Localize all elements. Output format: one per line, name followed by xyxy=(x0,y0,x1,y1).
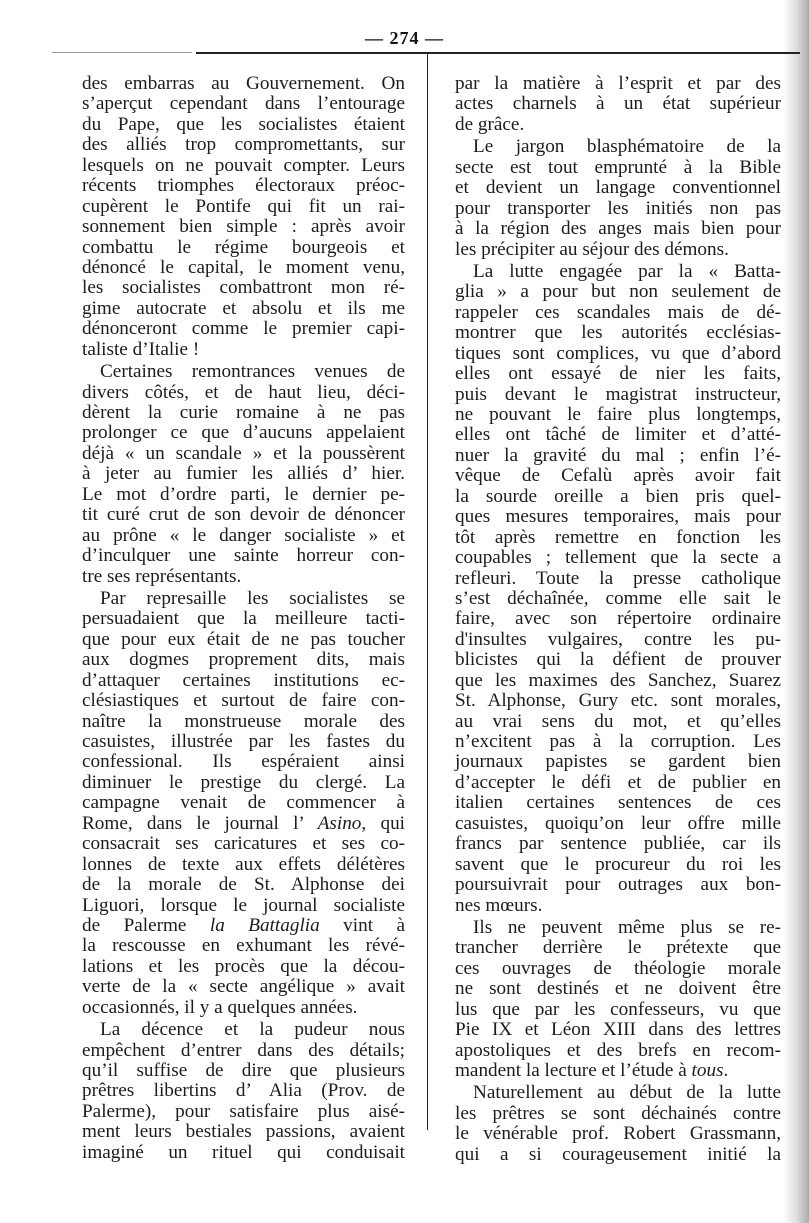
text-line: Certaines remontrances venues de xyxy=(82,362,405,382)
text-line: du Pape, que les socialistes étaient xyxy=(82,115,405,135)
text-line: secte est tout emprunté à la Bible xyxy=(455,158,781,178)
text-line: d'insultes vulgaires, contre les pu- xyxy=(455,630,781,650)
text-line: tiques sont complices, vu que d’abord xyxy=(455,344,781,364)
text-line: actes charnels à un état supérieur xyxy=(455,94,781,114)
text-line: par la matière à l’esprit et par des xyxy=(455,74,781,94)
text-line: dénoncé le capital, le moment venu, xyxy=(82,258,405,278)
text-line: naître la monstrueuse morale des xyxy=(82,712,405,732)
text-line: trancher derrière le prétexte que xyxy=(455,938,781,958)
text-line: pour transporter les initiés non pas xyxy=(455,199,781,219)
text-line: d’attaquer certaines institutions ec- xyxy=(82,671,405,691)
italic-title: la Battaglia xyxy=(210,915,320,936)
text-line: blicistes qui la défient de prouver xyxy=(455,650,781,670)
text-line: St. Alphonse, Gury etc. sont morales, xyxy=(455,691,781,711)
text-line: ces ouvrages de théologie morale xyxy=(455,959,781,979)
text-line: n’excitent pas à la corruption. Les xyxy=(455,732,781,752)
text-line: mandent la lecture et l’étude à tous. xyxy=(455,1061,781,1081)
text-line: Rome, dans le journal l’ Asino, qui xyxy=(82,814,405,834)
text-line: ne pouvant le faire plus longtemps, xyxy=(455,405,781,425)
text-line: Liguori, lorsque le journal socialiste xyxy=(82,896,405,916)
text-line: lus que par les confesseurs, vu que xyxy=(455,1000,781,1020)
text-line: les socialistes combattront mon ré- xyxy=(82,278,405,298)
text-line: à la région des anges mais bien pour xyxy=(455,219,781,239)
text-line: elles ont tâché de limiter et d’atté- xyxy=(455,425,781,445)
text-line: tre ses représentants. xyxy=(82,567,405,587)
text-line: campagne venait de commencer à xyxy=(82,793,405,813)
text-line: Pie IX et Léon XIII dans des lettres xyxy=(455,1020,781,1040)
text-line: de grâce. xyxy=(455,115,781,135)
text-line: déjà « un scandale » et la poussèrent xyxy=(82,444,405,464)
text-line: sonnement bien simple : après avoir xyxy=(82,217,405,237)
text-line: taliste d’Italie ! xyxy=(82,340,405,360)
text-line: elles ont essayé de nier les faits, xyxy=(455,364,781,384)
left-text-column: des embarras au Gouvernement. Ons’aperçu… xyxy=(82,74,405,1163)
text-line: Le mot d’ordre parti, le dernier pe- xyxy=(82,485,405,505)
text-line: consacrait ses caricatures et ses co- xyxy=(82,834,405,854)
text-line: italien certaines sentences de ces xyxy=(455,793,781,813)
text-line: empêchent d’entrer dans des détails; xyxy=(82,1041,405,1061)
text-line: coupables ; tellement que la secte a xyxy=(455,548,781,568)
text-line: montrer que les autorités ecclésias- xyxy=(455,323,781,343)
text-line: rappeler ces scandales mais de dé- xyxy=(455,303,781,323)
text-line: dénonceront comme le premier capi- xyxy=(82,319,405,339)
text-line: gime autocrate et absolu et ils me xyxy=(82,299,405,319)
page-edge-shadow xyxy=(783,0,809,1223)
text-line: la rescousse en exhumant les révé- xyxy=(82,936,405,956)
text-line: prolonger ce que d’aucuns appelaient xyxy=(82,423,405,443)
text-line: d’accepter le défi et de publier en xyxy=(455,773,781,793)
header-rule-faint xyxy=(52,52,192,53)
column-divider xyxy=(427,54,428,1130)
text-line: Par represaille les socialistes se xyxy=(82,589,405,609)
text-line: et devient un langage conventionnel xyxy=(455,178,781,198)
text-line: persuadaient que la meilleure tacti- xyxy=(82,609,405,629)
text-line: diminuer le prestige du clergé. La xyxy=(82,773,405,793)
text-line: combattu le régime bourgeois et xyxy=(82,238,405,258)
text-line: imaginé un rituel qui conduisait xyxy=(82,1143,405,1163)
text-line: ques mesures temporaires, mais pour xyxy=(455,507,781,527)
text-line: francs par sentence publiée, car ils xyxy=(455,834,781,854)
text-line: des alliés trop compromettants, sur xyxy=(82,135,405,155)
text-line: verte de la « secte angélique » avait xyxy=(82,977,405,997)
text-line: Palerme), pour satisfaire plus aisé- xyxy=(82,1102,405,1122)
text-line: lesquels on ne pouvait compter. Leurs xyxy=(82,156,405,176)
text-line: de la morale de St. Alphonse dei xyxy=(82,875,405,895)
text-line: le vénérable prof. Robert Grassmann, xyxy=(455,1124,781,1144)
text-line: Le jargon blasphématoire de la xyxy=(455,137,781,157)
text-line: dèrent la curie romaine à ne pas xyxy=(82,403,405,423)
text-line: glia » a pour but non seulement de xyxy=(455,282,781,302)
text-line: casuistes, illustrée par les fastes du xyxy=(82,732,405,752)
text-line: la sourde oreille a bien pris quel- xyxy=(455,487,781,507)
text-line: divers côtés, et de haut lieu, déci- xyxy=(82,383,405,403)
text-line: des embarras au Gouvernement. On xyxy=(82,74,405,94)
text-line: au prône « le danger socialiste » et xyxy=(82,526,405,546)
text-line: clésiastiques et surtout de faire con- xyxy=(82,691,405,711)
text-line: que les maximes des Sanchez, Suarez xyxy=(455,671,781,691)
page-number: — 274 — xyxy=(0,28,809,49)
text-line: puis devant le magistrat instructeur, xyxy=(455,385,781,405)
text-line: casuistes, quoiqu’on leur offre mille xyxy=(455,814,781,834)
text-line: occasionnés, il y a quelques années. xyxy=(82,998,405,1018)
text-line: La lutte engagée par la « Batta- xyxy=(455,262,781,282)
text-line: s’est déchaînée, comme elle sait le xyxy=(455,589,781,609)
text-line: prêtres libertins d’ Alia (Prov. de xyxy=(82,1081,405,1101)
text-line: tôt après remettre en fonction les xyxy=(455,528,781,548)
text-line: poursuivrait pour outrages aux bon- xyxy=(455,875,781,895)
text-line: d’inculquer une sainte horreur con- xyxy=(82,546,405,566)
text-line: ne sont destinés et ne doivent être xyxy=(455,979,781,999)
text-line: qui a si courageusement initié la xyxy=(455,1145,781,1165)
text-line: les prêtres se sont déchainés contre xyxy=(455,1104,781,1124)
text-line: récents triomphes électoraux préoc- xyxy=(82,176,405,196)
text-line: les précipiter au séjour des démons. xyxy=(455,240,781,260)
text-line: vêque de Cefalù après avoir fait xyxy=(455,466,781,486)
text-line: tit curé crut de son devoir de dénoncer xyxy=(82,505,405,525)
text-line: à jeter au fumier les alliés d’ hier. xyxy=(82,464,405,484)
text-line: qu’il suffise de dire que plusieurs xyxy=(82,1061,405,1081)
text-line: savent que le procureur du roi les xyxy=(455,855,781,875)
text-line: lonnes de texte aux effets délétères xyxy=(82,855,405,875)
text-line: Ils ne peuvent même plus se re- xyxy=(455,918,781,938)
text-line: que pour eux était de ne pas toucher xyxy=(82,630,405,650)
text-line: s’aperçut cependant dans l’entourage xyxy=(82,94,405,114)
text-line: au vrai sens du mot, et qu’elles xyxy=(455,712,781,732)
text-line: apostoliques et des brefs en recom- xyxy=(455,1041,781,1061)
text-line: Naturellement au début de la lutte xyxy=(455,1083,781,1103)
italic-title: tous xyxy=(692,1060,724,1081)
text-line: cupèrent le Pontife qui fit un rai- xyxy=(82,197,405,217)
text-line: faire, avec son répertoire ordinaire xyxy=(455,609,781,629)
text-line: confessional. Ils espéraient ainsi xyxy=(82,752,405,772)
text-line: lations et les procès que la décou- xyxy=(82,957,405,977)
text-line: refleuri. Toute la presse catholique xyxy=(455,569,781,589)
text-line: ment leurs bestiales passions, avaient xyxy=(82,1122,405,1142)
text-line: La décence et la pudeur nous xyxy=(82,1020,405,1040)
text-line: de Palerme la Battaglia vint à xyxy=(82,916,405,936)
text-line: aux dogmes proprement dits, mais xyxy=(82,650,405,670)
header-rule xyxy=(196,52,800,54)
text-line: nuer la gravité du mal ; enfin l’é- xyxy=(455,446,781,466)
italic-title: Asino xyxy=(318,813,362,834)
text-line: nes mœurs. xyxy=(455,896,781,916)
text-line: journaux papistes se gardent bien xyxy=(455,752,781,772)
right-text-column: par la matière à l’esprit et par desacte… xyxy=(455,74,781,1165)
